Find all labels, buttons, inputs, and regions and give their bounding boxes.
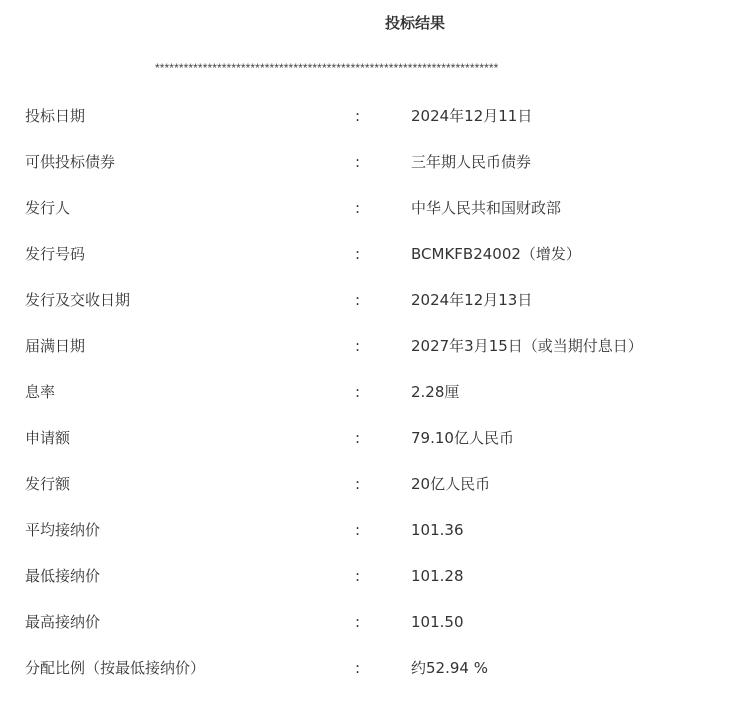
field-value: 三年期人民币债券 (411, 152, 531, 172)
field-value: 101.50 (411, 612, 464, 632)
field-label: 息率 (25, 382, 55, 402)
field-label: 发行额 (25, 474, 70, 494)
row-amount-applied: 申请额 : 79.10亿人民币 (0, 428, 737, 474)
field-label: 届满日期 (25, 336, 85, 356)
colon-separator: : (355, 658, 360, 678)
asterisk-separator: ****************************************… (155, 59, 685, 77)
colon-separator: : (355, 336, 360, 356)
row-amount-issued: 发行额 : 20亿人民币 (0, 474, 737, 520)
field-label: 最低接纳价 (25, 566, 100, 586)
colon-separator: : (355, 474, 360, 494)
field-label: 可供投标债券 (25, 152, 115, 172)
field-value: 101.28 (411, 566, 464, 586)
row-bond-available: 可供投标债券 : 三年期人民币债券 (0, 152, 737, 198)
row-maturity-date: 届满日期 : 2027年3月15日（或当期付息日） (0, 336, 737, 382)
row-interest-rate: 息率 : 2.28厘 (0, 382, 737, 428)
field-value: 2.28厘 (411, 382, 459, 402)
row-highest-accepted-price: 最高接纳价 : 101.50 (0, 612, 737, 658)
row-average-accepted-price: 平均接纳价 : 101.36 (0, 520, 737, 566)
field-label: 发行号码 (25, 244, 85, 264)
colon-separator: : (355, 290, 360, 310)
field-label: 分配比例（按最低接纳价） (25, 658, 205, 678)
field-value: 中华人民共和国财政部 (411, 198, 561, 218)
field-value: 101.36 (411, 520, 464, 540)
field-value: 20亿人民币 (411, 474, 490, 494)
colon-separator: : (355, 244, 360, 264)
field-value: 2024年12月13日 (411, 290, 532, 310)
row-lowest-accepted-price: 最低接纳价 : 101.28 (0, 566, 737, 612)
field-label: 发行及交收日期 (25, 290, 130, 310)
field-label: 投标日期 (25, 106, 85, 126)
field-label: 申请额 (25, 428, 70, 448)
row-issue-number: 发行号码 : BCMKFB24002（增发） (0, 244, 737, 290)
field-label: 发行人 (25, 198, 70, 218)
field-value: 2027年3月15日（或当期付息日） (411, 336, 643, 356)
field-value: BCMKFB24002（增发） (411, 244, 581, 264)
field-value: 2024年12月11日 (411, 106, 532, 126)
colon-separator: : (355, 106, 360, 126)
field-value: 79.10亿人民币 (411, 428, 514, 448)
row-tender-date: 投标日期 : 2024年12月11日 (0, 106, 737, 152)
field-label: 平均接纳价 (25, 520, 100, 540)
colon-separator: : (355, 612, 360, 632)
page-title: 投标结果 (0, 13, 737, 33)
colon-separator: : (355, 198, 360, 218)
row-issuer: 发行人 : 中华人民共和国财政部 (0, 198, 737, 244)
field-value: 约52.94 % (411, 658, 488, 678)
field-label: 最高接纳价 (25, 612, 100, 632)
colon-separator: : (355, 382, 360, 402)
colon-separator: : (355, 520, 360, 540)
colon-separator: : (355, 152, 360, 172)
row-issue-settlement-date: 发行及交收日期 : 2024年12月13日 (0, 290, 737, 336)
row-allotment-ratio: 分配比例（按最低接纳价） : 约52.94 % (0, 658, 737, 704)
colon-separator: : (355, 566, 360, 586)
tender-results-list: 投标日期 : 2024年12月11日 可供投标债券 : 三年期人民币债券 发行人… (0, 106, 737, 704)
colon-separator: : (355, 428, 360, 448)
